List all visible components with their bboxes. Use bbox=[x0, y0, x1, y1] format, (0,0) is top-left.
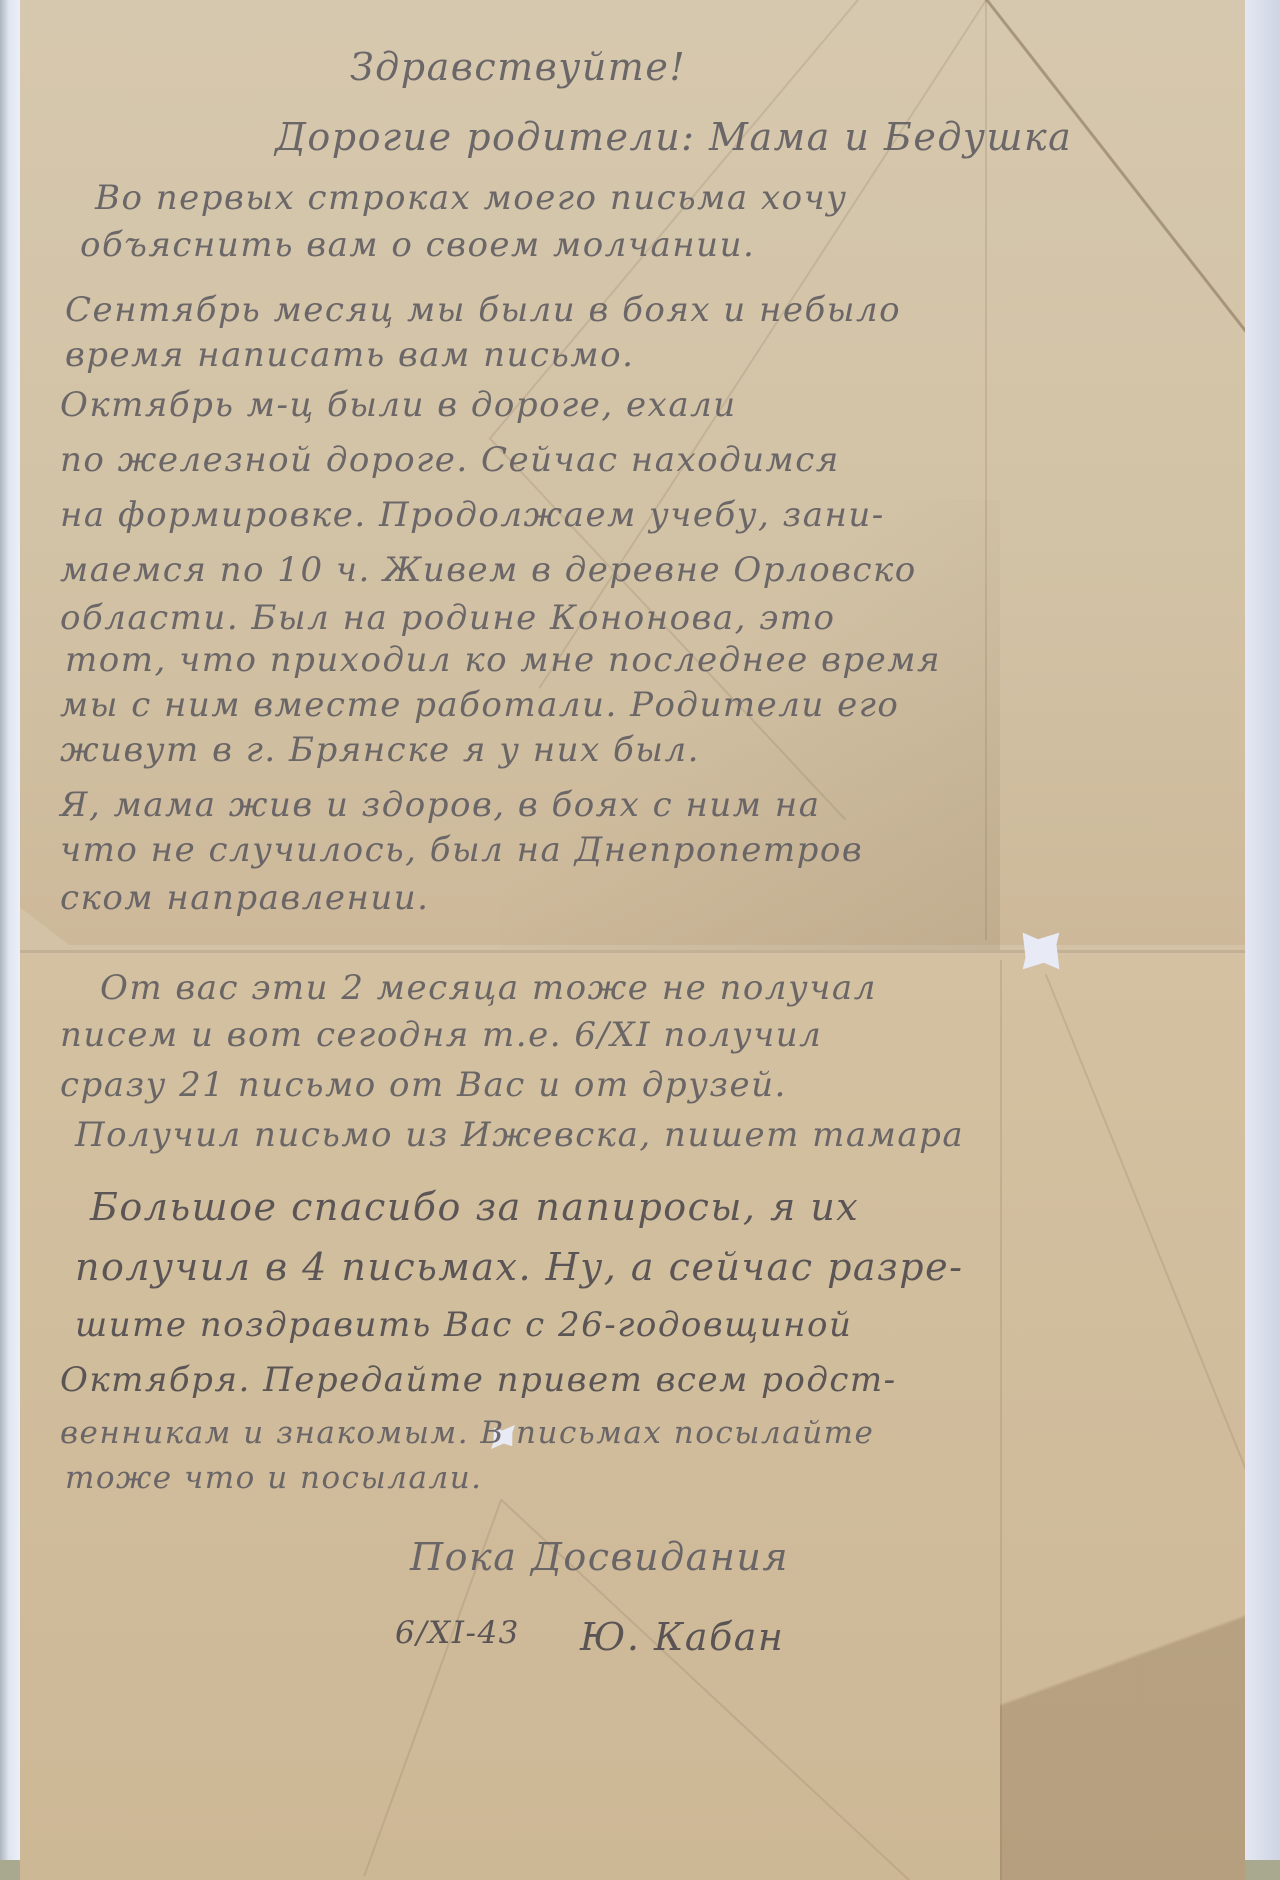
letter-line: Получил письмо из Ижевска, пишет тамара bbox=[75, 1115, 964, 1155]
letter-line: маемся по 10 ч. Живем в деревне Орловско bbox=[60, 550, 917, 590]
background-right bbox=[1240, 0, 1280, 1880]
letter-line: тот, что приходил ко мне последнее время bbox=[65, 640, 941, 680]
background-left bbox=[0, 0, 22, 1880]
letter-line: на формировке. Продолжаем учебу, зани- bbox=[60, 495, 885, 535]
letter-line: Октябрь м-ц были в дороге, ехали bbox=[60, 385, 737, 425]
signature: Ю. Кабан bbox=[580, 1615, 784, 1659]
letter-line: объяснить вам о своем молчании. bbox=[80, 225, 755, 265]
letter-line: что не случилось, был на Днепропетров bbox=[60, 830, 863, 870]
letter-line: Большое спасибо за папиросы, я их bbox=[90, 1185, 859, 1229]
fold-line bbox=[1000, 960, 1002, 1880]
letter-line: Октября. Передайте привет всем родст- bbox=[60, 1360, 897, 1400]
letter-sheet: Здравствуйте! Дорогие родители: Мама и Б… bbox=[20, 0, 1245, 1880]
letter-line: От вас эти 2 месяца тоже не получал bbox=[100, 968, 877, 1008]
letter-line: ском направлении. bbox=[60, 878, 429, 918]
letter-line: области. Был на родине Кононова, это bbox=[60, 598, 836, 638]
fold-line bbox=[20, 950, 1245, 953]
letter-line: шите поздравить Вас с 26-годовщиной bbox=[75, 1305, 852, 1345]
letter-line: мы с ним вместе работали. Родители его bbox=[60, 685, 899, 725]
letter-line: сразу 21 письмо от Вас и от друзей. bbox=[60, 1065, 787, 1105]
letter-line: венникам и знакомым. В письмах посылайте bbox=[60, 1415, 874, 1451]
letter-line: получил в 4 письмах. Ну, а сейчас разре- bbox=[75, 1245, 963, 1289]
letter-line: Сентябрь месяц мы были в боях и небыло bbox=[65, 290, 901, 330]
greeting: Здравствуйте! bbox=[350, 45, 686, 89]
letter-line: по железной дороге. Сейчас находимся bbox=[60, 440, 840, 480]
letter-line: время написать вам письмо. bbox=[65, 335, 634, 375]
closing: Пока Досвидания bbox=[410, 1535, 789, 1579]
salutation: Дорогие родители: Мама и Бедушка bbox=[275, 115, 1072, 159]
letter-line: писем и вот сегодня т.е. 6/XI получил bbox=[60, 1015, 822, 1055]
letter-line: Я, мама жив и здоров, в боях с ним на bbox=[60, 785, 820, 825]
letter-line: тоже что и посылали. bbox=[65, 1460, 483, 1496]
letter-line: живут в г. Брянске я у них был. bbox=[60, 730, 700, 770]
date: 6/XI-43 bbox=[395, 1615, 520, 1651]
letter-line: Во первых строках моего письма хочу bbox=[95, 178, 847, 218]
